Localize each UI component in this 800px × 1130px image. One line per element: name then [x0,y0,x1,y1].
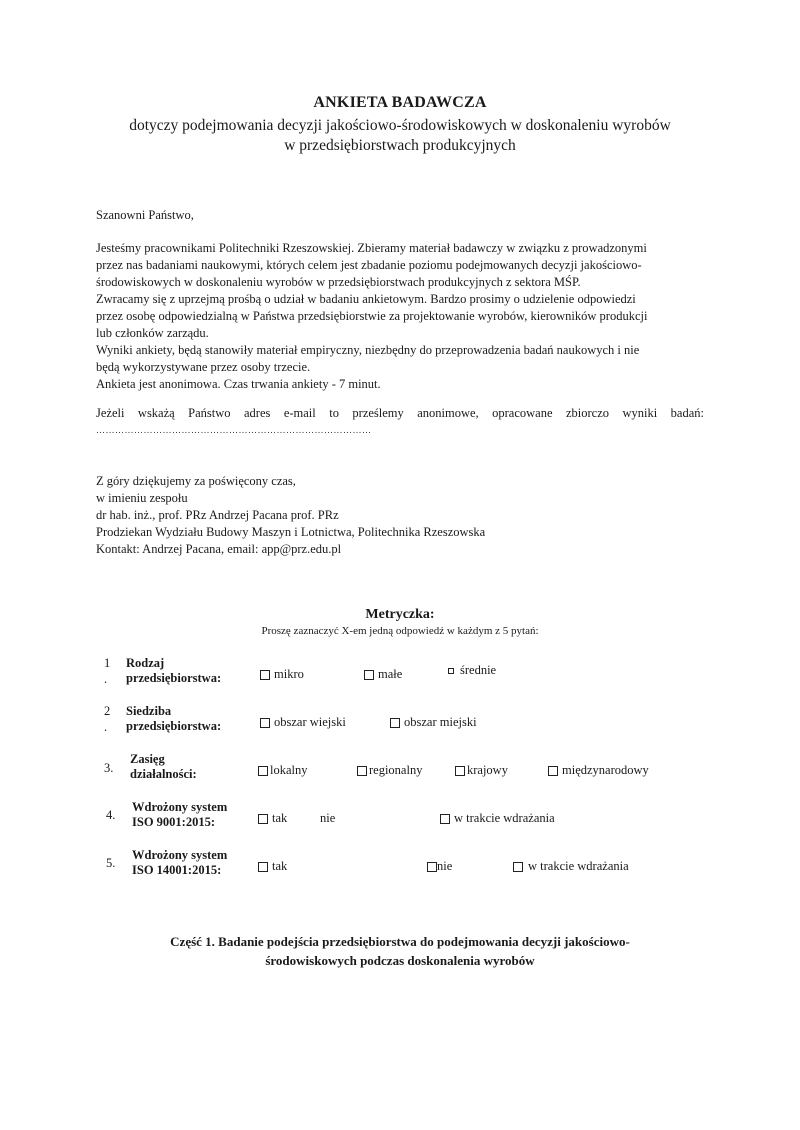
intro-line: lub członków zarządu. [96,325,704,342]
section-1-title-line-2: środowiskowych podczas doskonalenia wyro… [0,951,800,970]
option-obszar-miejski[interactable]: obszar miejski [390,715,477,730]
checkbox-icon[interactable] [427,862,437,872]
option-label: międzynarodowy [562,763,649,778]
intro-paragraph: Jesteśmy pracownikami Politechniki Rzesz… [96,240,704,393]
checkbox-icon[interactable] [440,814,450,824]
checkbox-icon[interactable] [548,766,558,776]
option-mikro[interactable]: mikro [260,667,304,682]
option-regionalny[interactable]: regionalny [357,763,422,778]
option-label: w trakcie wdrażania [454,811,555,826]
intro-line: Ankieta jest anonimowa. Czas trwania ank… [96,376,704,393]
option-label: nie [320,811,335,826]
option-tak[interactable]: tak [258,859,287,874]
email-request-text: Jeżeli wskażą Państwo adres e-mail to pr… [96,405,704,422]
intro-line: środowiskowych w doskonaleniu wyrobów w … [96,274,704,291]
option-label: krajowy [467,763,508,778]
survey-title: ANKIETA BADAWCZA [0,94,800,112]
intro-line: Jesteśmy pracownikami Politechniki Rzesz… [96,240,704,257]
option-nie[interactable]: nie [320,811,335,826]
closing-line: Kontakt: Andrzej Pacana, email: app@prz.… [96,541,704,558]
checkbox-icon[interactable] [513,862,523,872]
closing-line: Z góry dziękujemy za poświęcony czas, [96,473,704,490]
option-miedzynarodowy[interactable]: międzynarodowy [548,763,649,778]
question-label-line-2: przedsiębiorstwa: [126,671,221,686]
subtitle-line-2: w przedsiębiorstwach produkcyjnych [0,136,800,156]
intro-line: przez nas badaniami naukowymi, których c… [96,257,704,274]
question-label-line-1: Wdrożony system [132,848,227,863]
email-field[interactable]: …………………………………………………………………………… [96,422,704,439]
question-number: 2 [104,704,110,719]
option-srednie[interactable]: średnie [448,663,496,678]
closing-line: dr hab. inż., prof. PRz Andrzej Pacana p… [96,507,704,524]
option-tak[interactable]: tak [258,811,287,826]
checkbox-icon[interactable] [260,670,270,680]
checkbox-icon[interactable] [455,766,465,776]
checkbox-icon[interactable] [448,668,454,674]
intro-line: Zwracamy się z uprzejmą prośbą o udział … [96,291,704,308]
question-label-line-1: Rodzaj [126,656,221,671]
option-label: w trakcie wdrażania [528,859,629,874]
question-label: Rodzaj przedsiębiorstwa: [126,656,221,686]
question-number-suffix: . [104,672,107,687]
checkbox-icon[interactable] [357,766,367,776]
option-w-trakcie-wdrazania[interactable]: w trakcie wdrażania [440,811,555,826]
option-label: małe [378,667,402,682]
checkbox-icon[interactable] [258,862,268,872]
option-label: regionalny [369,763,422,778]
checkbox-icon[interactable] [258,814,268,824]
question-label-line-2: działalności: [130,767,197,782]
question-number: 3. [104,761,113,776]
question-label-line-1: Siedziba [126,704,221,719]
option-label: mikro [274,667,304,682]
metryczka-title: Metryczka: [0,607,800,623]
option-label: obszar wiejski [274,715,346,730]
metryczka-instruction: Proszę zaznaczyć X-em jedną odpowiedź w … [0,625,800,637]
checkbox-icon[interactable] [258,766,268,776]
option-label: tak [272,859,287,874]
question-label: Siedziba przedsiębiorstwa: [126,704,221,734]
intro-line: przez osobę odpowiedzialną w Państwa prz… [96,308,704,325]
question-number-suffix: . [104,720,107,735]
closing-line: Prodziekan Wydziału Budowy Maszyn i Lotn… [96,524,704,541]
option-obszar-wiejski[interactable]: obszar wiejski [260,715,346,730]
option-label: obszar miejski [404,715,477,730]
checkbox-icon[interactable] [260,718,270,728]
question-label: Wdrożony system ISO 9001:2015: [132,800,227,830]
section-1-title-line-1: Część 1. Badanie podejścia przedsiębiors… [0,932,800,951]
option-label: lokalny [270,763,308,778]
question-label-line-1: Zasięg [130,752,197,767]
subtitle-line-1: dotyczy podejmowania decyzji jakościowo-… [0,116,800,136]
option-w-trakcie-wdrazania[interactable]: w trakcie wdrażania [513,859,629,874]
question-label-line-2: przedsiębiorstwa: [126,719,221,734]
survey-subtitle: dotyczy podejmowania decyzji jakościowo-… [0,116,800,156]
closing: Z góry dziękujemy za poświęcony czas, w … [96,473,704,558]
checkbox-icon[interactable] [364,670,374,680]
option-label: nie [437,859,452,874]
option-nie[interactable]: nie [427,859,452,874]
option-lokalny[interactable]: lokalny [258,763,308,778]
question-label-line-1: Wdrożony system [132,800,227,815]
section-1-heading: Część 1. Badanie podejścia przedsiębiors… [0,932,800,970]
email-request: Jeżeli wskażą Państwo adres e-mail to pr… [96,405,704,439]
question-number: 5. [106,856,115,871]
intro-line: Wyniki ankiety, będą stanowiły materiał … [96,342,704,359]
question-number: 1 [104,656,110,671]
option-label: tak [272,811,287,826]
question-label: Zasięg działalności: [130,752,197,782]
option-krajowy[interactable]: krajowy [455,763,508,778]
option-label: średnie [460,663,496,678]
option-male[interactable]: małe [364,667,402,682]
greeting: Szanowni Państwo, [96,207,704,224]
checkbox-icon[interactable] [390,718,400,728]
question-label-line-2: ISO 9001:2015: [132,815,227,830]
question-number: 4. [106,808,115,823]
question-label: Wdrożony system ISO 14001:2015: [132,848,227,878]
closing-line: w imieniu zespołu [96,490,704,507]
question-label-line-2: ISO 14001:2015: [132,863,227,878]
intro-line: będą wykorzystywane przez osoby trzecie. [96,359,704,376]
